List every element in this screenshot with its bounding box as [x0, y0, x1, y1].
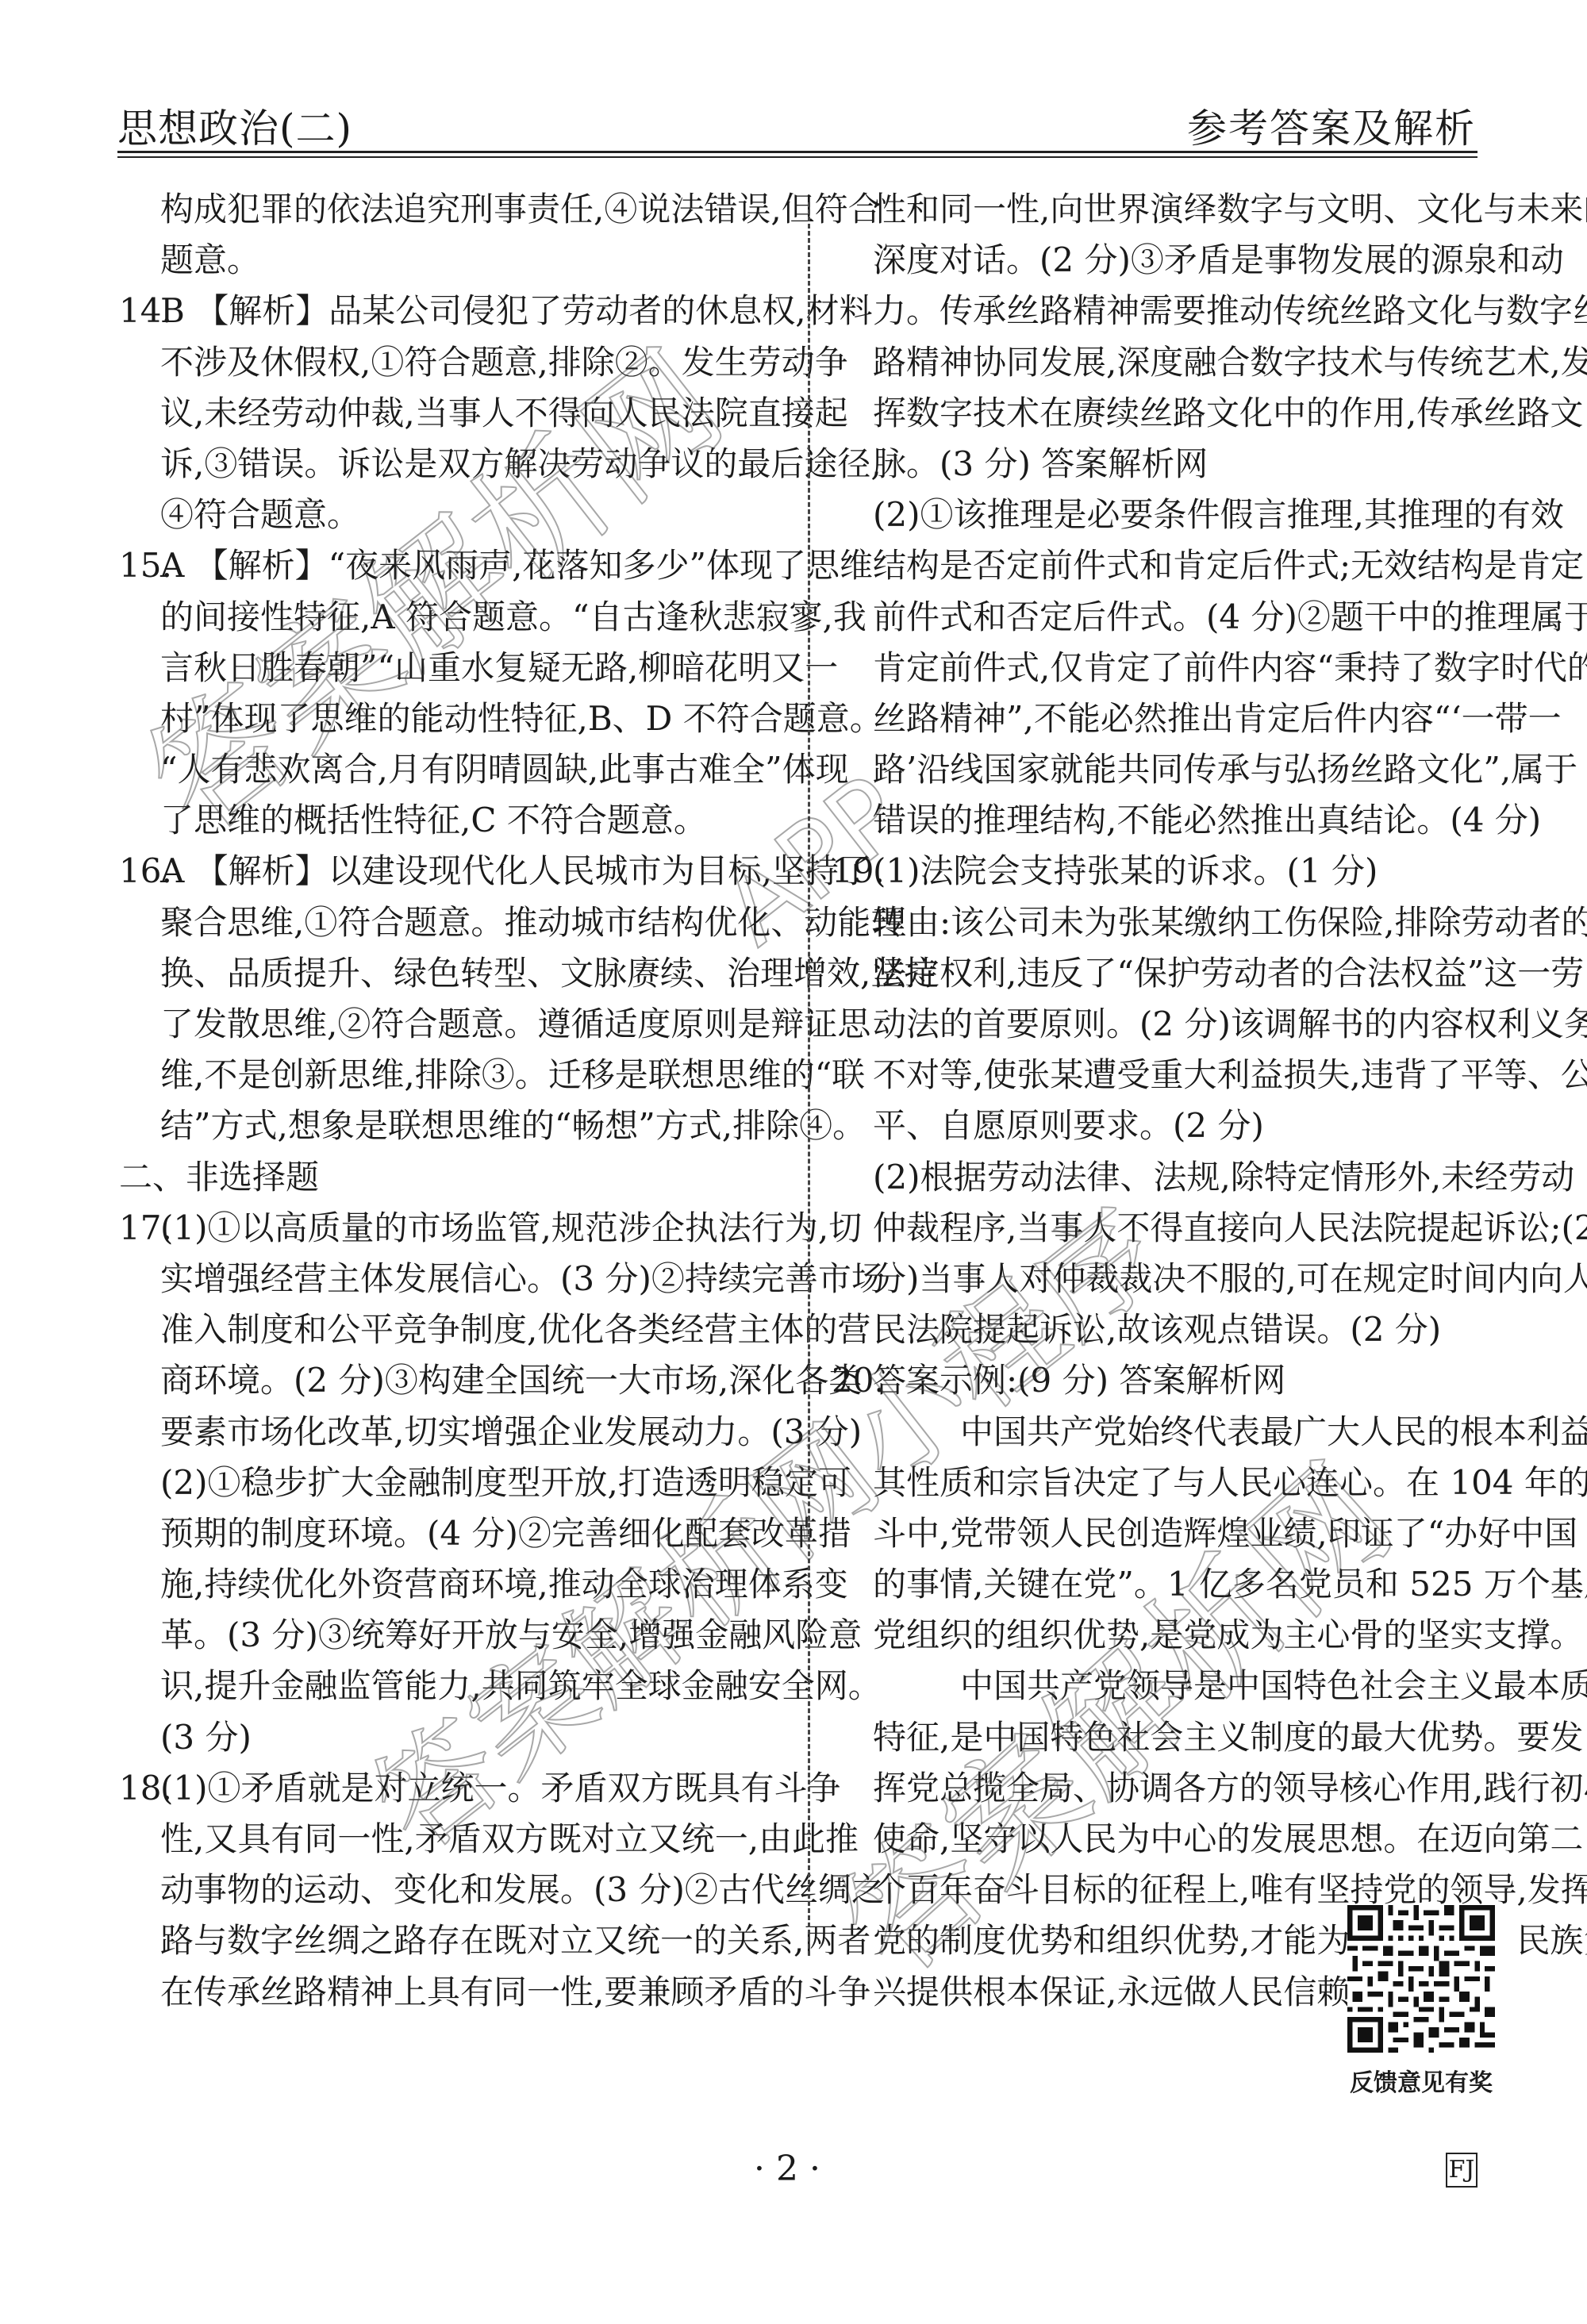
text-line: ④符合题意。 — [119, 490, 801, 540]
text-line: 结”方式,想象是联想思维的“畅想”方式,排除④。 — [119, 1101, 801, 1151]
text-line: 中国共产党始终代表最广大人民的根本利益, — [832, 1407, 1482, 1458]
line-text: 错误的推理结构,不能必然推出真结论。(4 分) — [873, 801, 1541, 839]
line-text: 其性质和宗旨决定了与人民心连心。在 104 年的奋 — [873, 1463, 1587, 1502]
text-line: 脉。(3 分) 答案解析网 — [832, 439, 1482, 490]
section-heading: 二、非选择题 — [119, 1152, 801, 1203]
column-divider — [808, 202, 810, 1956]
text-line: 要素市场化改革,切实增强企业发展动力。(3 分) — [119, 1407, 801, 1458]
document-type-title: 参考答案及解析 — [1187, 97, 1476, 154]
line-text: 识,提升金融监管能力,共同筑牢全球金融安全网。 — [160, 1666, 882, 1705]
text-line: 民法院提起诉讼,故该观点错误。(2 分) — [832, 1304, 1482, 1355]
line-text: 聚合思维,①符合题意。推动城市结构优化、动能转 — [160, 903, 904, 942]
question-number: 14. — [119, 286, 160, 336]
answer-item-start: 14.B 【解析】品某公司侵犯了劳动者的休息权,材料 — [119, 286, 801, 336]
line-text: 施,持续优化外资营商环境,推动全球治理体系变 — [160, 1565, 848, 1604]
text-line: 错误的推理结构,不能必然推出真结论。(4 分) — [832, 795, 1482, 846]
line-text: 使命,坚守以人民为中心的发展思想。在迈向第二 — [873, 1819, 1583, 1858]
line-text: 丝路精神”,不能必然推出肯定后件内容“‘一带一 — [873, 699, 1562, 738]
right-column: 性和同一性,向世界演绎数字与文明、文化与未来的深度对话。(2 分)③矛盾是事物发… — [832, 184, 1482, 2018]
text-line: 仲裁程序,当事人不得直接向人民法院提起诉讼;(2 — [832, 1203, 1482, 1254]
text-line: (2)①稳步扩大金融制度型开放,打造透明稳定可 — [119, 1458, 801, 1508]
line-text: 特征,是中国特色社会主义制度的最大优势。要发 — [873, 1718, 1583, 1757]
answer-item-start: 17.(1)①以高质量的市场监管,规范涉企执法行为,切 — [119, 1203, 801, 1254]
line-text: 预期的制度环境。(4 分)②完善细化配套改革措 — [160, 1514, 851, 1553]
question-number: 15. — [119, 540, 160, 591]
text-line: 议,未经劳动仲裁,当事人不得向人民法院直接起 — [119, 388, 801, 439]
line-text: 不涉及休假权,①符合题意,排除②。发生劳动争 — [160, 343, 848, 382]
line-text: 力。传承丝路精神需要推动传统丝路文化与数字丝 — [873, 291, 1587, 330]
text-line: 前件式和否定后件式。(4 分)②题干中的推理属于 — [832, 592, 1482, 643]
line-text: (2)根据劳动法律、法规,除特定情形外,未经劳动 — [873, 1158, 1574, 1197]
line-text: (2)①该推理是必要条件假言推理,其推理的有效 — [873, 495, 1564, 534]
text-line: 深度对话。(2 分)③矛盾是事物发展的源泉和动 — [832, 235, 1482, 286]
line-text: 仲裁程序,当事人不得直接向人民法院提起诉讼;(2 — [873, 1208, 1587, 1247]
answer-item-start: 18.(1)①矛盾就是对立统一。矛盾双方既具有斗争 — [119, 1763, 801, 1814]
line-text: A 【解析】以建设现代化人民城市为目标,坚持了 — [160, 851, 872, 890]
line-text: 题意。 — [160, 240, 260, 279]
text-line: 结构是否定前件式和肯定后件式;无效结构是肯定 — [832, 540, 1482, 591]
line-text: 路与数字丝绸之路存在既对立又统一的关系,两者 — [160, 1921, 870, 1960]
text-line: 聚合思维,①符合题意。推动城市结构优化、动能转 — [119, 897, 801, 948]
line-text: 动法的首要原则。(2 分)该调解书的内容权利义务 — [873, 1005, 1587, 1043]
line-text: 肯定前件式,仅肯定了前件内容“秉持了数字时代的 — [873, 648, 1587, 687]
text-line: 不涉及休假权,①符合题意,排除②。发生劳动争 — [119, 337, 801, 388]
line-text: 的间接性特征,A 符合题意。“自古逢秋悲寂寥,我 — [160, 597, 867, 636]
line-text: 党组织的组织优势,是党成为主心骨的坚实支撑。 — [873, 1615, 1583, 1654]
text-line: 实增强经营主体发展信心。(3 分)②持续完善市场 — [119, 1254, 801, 1304]
text-line: 性,又具有同一性,矛盾双方既对立又统一,由此推 — [119, 1814, 801, 1865]
line-text: 结”方式,想象是联想思维的“畅想”方式,排除④。 — [160, 1106, 866, 1145]
text-line: 的事情,关键在党”。1 亿多名党员和 525 万个基层 — [832, 1559, 1482, 1610]
text-line: 题意。 — [119, 235, 801, 286]
text-line: 挥党总揽全局、协调各方的领导核心作用,践行初心 — [832, 1763, 1482, 1814]
text-line: 预期的制度环境。(4 分)②完善细化配套改革措 — [119, 1508, 801, 1559]
text-line: 路与数字丝绸之路存在既对立又统一的关系,两者 — [119, 1915, 801, 1966]
text-line: 中国共产党领导是中国特色社会主义最本质的 — [832, 1661, 1482, 1711]
line-text: ④符合题意。 — [160, 495, 360, 534]
line-text: 议,未经劳动仲裁,当事人不得向人民法院直接起 — [160, 394, 848, 432]
text-line: (2)根据劳动法律、法规,除特定情形外,未经劳动 — [832, 1152, 1482, 1203]
text-line: 诉,③错误。诉讼是双方解决劳动争议的最后途径, — [119, 439, 801, 490]
text-line: 换、品质提升、绿色转型、文脉赓续、治理增效,坚持 — [119, 948, 801, 999]
subject-title: 思想政治(二) — [117, 97, 352, 154]
line-text: 在传承丝路精神上具有同一性,要兼顾矛盾的斗争 — [160, 1973, 870, 2011]
text-line: 分)当事人对仲裁裁决不服的,可在规定时间内向人 — [832, 1254, 1482, 1304]
answer-item-start: 15.A 【解析】“夜来风雨声,花落知多少”体现了思维 — [119, 540, 801, 591]
line-text: 结构是否定前件式和肯定后件式;无效结构是肯定 — [873, 546, 1584, 585]
header-double-rule — [117, 151, 1477, 158]
text-line: 理由:该公司未为张某缴纳工伤保险,排除劳动者的 — [832, 897, 1482, 948]
text-line: (2)①该推理是必要条件假言推理,其推理的有效 — [832, 490, 1482, 540]
question-number: 20. — [832, 1355, 873, 1406]
line-text: 性和同一性,向世界演绎数字与文明、文化与未来的 — [873, 190, 1587, 229]
text-line: 法定权利,违反了“保护劳动者的合法权益”这一劳 — [832, 948, 1482, 999]
line-text: B 【解析】品某公司侵犯了劳动者的休息权,材料 — [160, 291, 873, 330]
line-text: (1)法院会支持张某的诉求。(1 分) — [873, 851, 1378, 890]
answer-item-start: 19.(1)法院会支持张某的诉求。(1 分) — [832, 846, 1482, 897]
region-badge: FJ — [1446, 2153, 1477, 2188]
line-text: 诉,③错误。诉讼是双方解决劳动争议的最后途径, — [160, 444, 882, 483]
line-text: 中国共产党领导是中国特色社会主义最本质的 — [960, 1666, 1587, 1705]
text-line: 不对等,使张某遭受重大利益损失,违背了平等、公 — [832, 1050, 1482, 1101]
text-line: 党组织的组织优势,是党成为主心骨的坚实支撑。 — [832, 1610, 1482, 1661]
question-number: 16. — [119, 846, 160, 897]
text-line: 言秋日胜春朝”“山重水复疑无路,柳暗花明又一 — [119, 643, 801, 693]
text-line: 的间接性特征,A 符合题意。“自古逢秋悲寂寥,我 — [119, 592, 801, 643]
line-text: 平、自愿原则要求。(2 分) — [873, 1106, 1264, 1145]
text-line: “人有悲欢离合,月有阴晴圆缺,此事古难全”体现 — [119, 744, 801, 795]
text-line: (3 分) — [119, 1712, 801, 1763]
line-text: 动事物的运动、变化和发展。(3 分)②古代丝绸之 — [160, 1870, 885, 1909]
line-text: 村”体现了思维的能动性特征,B、D 不符合题意。 — [160, 699, 883, 738]
line-text: 了发散思维,②符合题意。遵循适度原则是辩证思 — [160, 1005, 870, 1043]
text-line: 其性质和宗旨决定了与人民心连心。在 104 年的奋 — [832, 1458, 1482, 1508]
line-text: 实增强经营主体发展信心。(3 分)②持续完善市场 — [160, 1259, 885, 1298]
line-text: 构成犯罪的依法追究刑事责任,④说法错误,但符合 — [160, 190, 882, 229]
text-line: 力。传承丝路精神需要推动传统丝路文化与数字丝 — [832, 286, 1482, 336]
line-text: (1)①以高质量的市场监管,规范涉企执法行为,切 — [160, 1208, 862, 1247]
line-text: 不对等,使张某遭受重大利益损失,违背了平等、公 — [873, 1055, 1587, 1094]
text-line: 挥数字技术在赓续丝路文化中的作用,传承丝路文 — [832, 388, 1482, 439]
line-text: 言秋日胜春朝”“山重水复疑无路,柳暗花明又一 — [160, 648, 838, 687]
line-text: 分)当事人对仲裁裁决不服的,可在规定时间内向人 — [873, 1259, 1587, 1298]
line-text: 深度对话。(2 分)③矛盾是事物发展的源泉和动 — [873, 240, 1564, 279]
page-number: · 2 · — [754, 2149, 820, 2189]
text-line: 路精神协同发展,深度融合数字技术与传统艺术,发 — [832, 337, 1482, 388]
text-line: 在传承丝路精神上具有同一性,要兼顾矛盾的斗争 — [119, 1967, 801, 2018]
line-text: “人有悲欢离合,月有阴晴圆缺,此事古难全”体现 — [160, 750, 849, 789]
text-line: 丝路精神”,不能必然推出肯定后件内容“‘一带一 — [832, 693, 1482, 744]
line-text: 答案示例:(9 分) 答案解析网 — [873, 1361, 1285, 1400]
line-text: 挥党总揽全局、协调各方的领导核心作用,践行初心 — [873, 1769, 1587, 1807]
text-line: 特征,是中国特色社会主义制度的最大优势。要发 — [832, 1712, 1482, 1763]
line-text: 理由:该公司未为张某缴纳工伤保险,排除劳动者的 — [873, 903, 1587, 942]
line-text: (1)①矛盾就是对立统一。矛盾双方既具有斗争 — [160, 1769, 841, 1807]
text-line: 使命,坚守以人民为中心的发展思想。在迈向第二 — [832, 1814, 1482, 1865]
left-column: 构成犯罪的依法追究刑事责任,④说法错误,但符合题意。14.B 【解析】品某公司侵… — [119, 184, 801, 2018]
question-number: 19. — [832, 846, 873, 897]
text-line: 性和同一性,向世界演绎数字与文明、文化与未来的 — [832, 184, 1482, 235]
line-text: 路精神协同发展,深度融合数字技术与传统艺术,发 — [873, 343, 1587, 382]
line-text: 路’沿线国家就能共同传承与弘扬丝路文化”,属于 — [873, 750, 1577, 789]
line-text: (3 分) — [160, 1718, 252, 1757]
line-text: (2)①稳步扩大金融制度型开放,打造透明稳定可 — [160, 1463, 851, 1502]
line-text: 民法院提起诉讼,故该观点错误。(2 分) — [873, 1310, 1441, 1349]
text-line: 识,提升金融监管能力,共同筑牢全球金融安全网。 — [119, 1661, 801, 1711]
text-line: 革。(3 分)③统筹好开放与安全,增强金融风险意 — [119, 1610, 801, 1661]
text-line: 施,持续优化外资营商环境,推动全球治理体系变 — [119, 1559, 801, 1610]
line-text: 革。(3 分)③统筹好开放与安全,增强金融风险意 — [160, 1615, 862, 1654]
qr-caption: 反馈意见有奖 — [1333, 2063, 1509, 2098]
line-text: 法定权利,违反了“保护劳动者的合法权益”这一劳 — [873, 954, 1584, 993]
line-text: 前件式和否定后件式。(4 分)②题干中的推理属于 — [873, 597, 1587, 636]
feedback-qr-code[interactable] — [1347, 1903, 1495, 2055]
line-text: 性,又具有同一性,矛盾双方既对立又统一,由此推 — [160, 1819, 859, 1858]
line-text: 商环境。(2 分)③构建全国统一大市场,深化各类 — [160, 1361, 862, 1400]
text-line: 动事物的运动、变化和发展。(3 分)②古代丝绸之 — [119, 1865, 801, 1915]
line-text: 二、非选择题 — [119, 1158, 319, 1197]
line-text: 维,不是创新思维,排除③。迁移是联想思维的“联 — [160, 1055, 865, 1094]
line-text: 的事情,关键在党”。1 亿多名党员和 525 万个基层 — [873, 1565, 1587, 1604]
text-line: 了发散思维,②符合题意。遵循适度原则是辩证思 — [119, 999, 801, 1050]
line-text: 准入制度和公平竞争制度,优化各类经营主体的营 — [160, 1310, 870, 1349]
text-line: 动法的首要原则。(2 分)该调解书的内容权利义务 — [832, 999, 1482, 1050]
line-text: 换、品质提升、绿色转型、文脉赓续、治理增效,坚持 — [160, 954, 937, 993]
text-line: 平、自愿原则要求。(2 分) — [832, 1101, 1482, 1151]
text-line: 路’沿线国家就能共同传承与弘扬丝路文化”,属于 — [832, 744, 1482, 795]
text-line: 肯定前件式,仅肯定了前件内容“秉持了数字时代的 — [832, 643, 1482, 693]
text-line: 斗中,党带领人民创造辉煌业绩,印证了“办好中国 — [832, 1508, 1482, 1559]
line-text: 要素市场化改革,切实增强企业发展动力。(3 分) — [160, 1412, 862, 1451]
text-line: 准入制度和公平竞争制度,优化各类经营主体的营 — [119, 1304, 801, 1355]
text-line: 了思维的概括性特征,C 不符合题意。 — [119, 795, 801, 846]
line-text: 中国共产党始终代表最广大人民的根本利益, — [960, 1412, 1587, 1451]
line-text: A 【解析】“夜来风雨声,花落知多少”体现了思维 — [160, 546, 873, 585]
line-text: 了思维的概括性特征,C 不符合题意。 — [160, 801, 707, 839]
text-line: 维,不是创新思维,排除③。迁移是联想思维的“联 — [119, 1050, 801, 1101]
question-number: 18. — [119, 1763, 160, 1814]
text-line: 村”体现了思维的能动性特征,B、D 不符合题意。 — [119, 693, 801, 744]
line-text: 挥数字技术在赓续丝路文化中的作用,传承丝路文 — [873, 394, 1583, 432]
text-line: 构成犯罪的依法追究刑事责任,④说法错误,但符合 — [119, 184, 801, 235]
text-line: 商环境。(2 分)③构建全国统一大市场,深化各类 — [119, 1355, 801, 1406]
line-text: 脉。(3 分) 答案解析网 — [873, 444, 1208, 483]
answer-item-start: 20.答案示例:(9 分) 答案解析网 — [832, 1355, 1482, 1406]
line-text: 斗中,党带领人民创造辉煌业绩,印证了“办好中国 — [873, 1514, 1577, 1553]
question-number: 17. — [119, 1203, 160, 1254]
answer-item-start: 16.A 【解析】以建设现代化人民城市为目标,坚持了 — [119, 846, 801, 897]
